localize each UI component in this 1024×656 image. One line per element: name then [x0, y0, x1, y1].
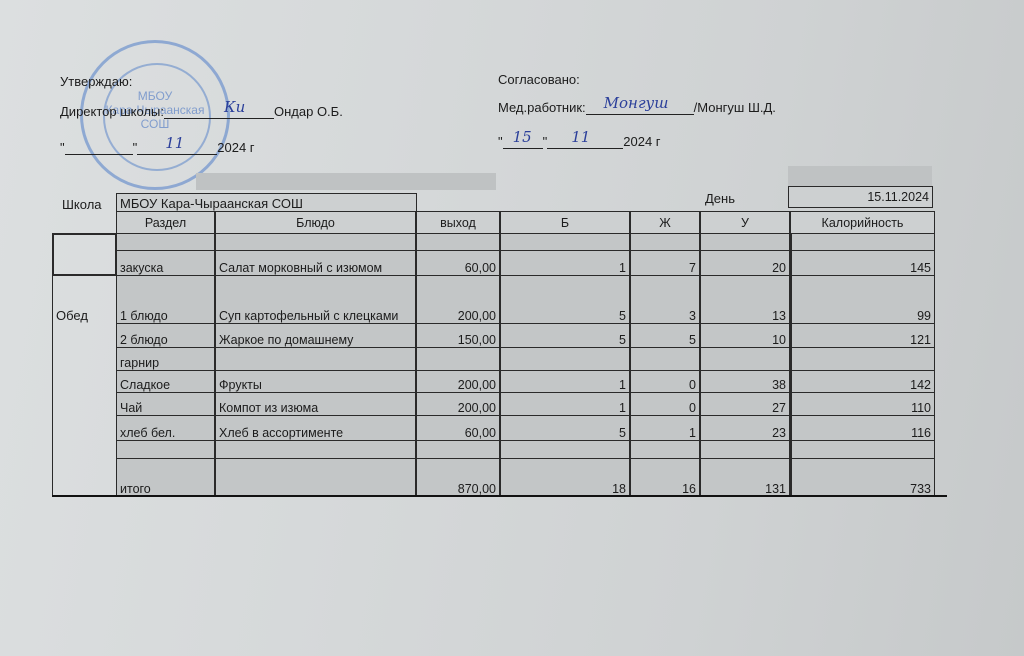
table-cell-b: 1 [500, 392, 630, 416]
table-cell-section: 2 блюдо [116, 323, 215, 348]
table-cell-zh: 16 [630, 458, 700, 497]
month-field: 11 [137, 142, 217, 155]
table-cell-section [116, 440, 215, 459]
stamp-line-1: МБОУ [83, 89, 227, 103]
table-cell-zh: 7 [630, 250, 700, 276]
table-cell-kcal [790, 440, 935, 459]
table-cell-b [500, 440, 630, 459]
col-b: Б [500, 211, 630, 234]
table-cell-zh [630, 347, 700, 371]
day-value: 15.11.2024 [788, 186, 933, 208]
year-value: 2024 г [217, 140, 254, 155]
table-cell-dish [215, 347, 416, 371]
table-cell-output: 200,00 [416, 275, 500, 324]
year-value: 2024 г [623, 134, 660, 149]
table-cell-zh [630, 233, 700, 251]
medic-signature-line: Монгуш [586, 102, 694, 115]
school-label: Школа [62, 197, 102, 212]
table-cell-u: 23 [700, 415, 790, 441]
table-cell-output: 60,00 [416, 415, 500, 441]
table-cell-dish: Компот из изюма [215, 392, 416, 416]
medic-line: Мед.работник:Монгуш/Монгуш Ш.Д. [498, 100, 776, 115]
table-cell-output: 150,00 [416, 323, 500, 348]
director-label: Директор школы: [60, 104, 164, 119]
school-value: МБОУ Кара-Чыраанская СОШ [116, 193, 417, 213]
day-value: 15 [513, 128, 532, 146]
agreed-title: Согласовано: [498, 72, 580, 87]
meal-empty-cell [52, 233, 117, 276]
col-zh: Ж [630, 211, 700, 234]
table-cell-dish: Жаркое по домашнему [215, 323, 416, 348]
meal-label: Обед [52, 275, 117, 497]
table-cell-b [500, 347, 630, 371]
print-band [788, 166, 932, 186]
col-section: Раздел [116, 211, 215, 234]
table-cell-output [416, 233, 500, 251]
table-cell-kcal [790, 233, 935, 251]
table-cell-kcal [790, 347, 935, 371]
table-cell-b: 5 [500, 275, 630, 324]
table-cell-output: 870,00 [416, 458, 500, 497]
medic-signature: Монгуш [604, 94, 669, 112]
table-cell-zh: 1 [630, 415, 700, 441]
day-field [65, 142, 133, 155]
table-cell-section: итого [116, 458, 215, 497]
table-cell-u: 20 [700, 250, 790, 276]
table-cell-zh: 5 [630, 323, 700, 348]
table-cell-output: 200,00 [416, 392, 500, 416]
table-cell-kcal: 121 [790, 323, 935, 348]
day-label: День [705, 191, 735, 206]
month-value: 11 [571, 128, 590, 146]
table-cell-u [700, 347, 790, 371]
table-cell-u: 38 [700, 370, 790, 393]
table-cell-output [416, 440, 500, 459]
table-cell-u: 10 [700, 323, 790, 348]
table-cell-b: 5 [500, 415, 630, 441]
month-value: 11 [165, 134, 184, 152]
director-signature: Ки [224, 98, 245, 116]
table-cell-u [700, 440, 790, 459]
stamp-line-3: СОШ [83, 117, 227, 131]
table-cell-section: 1 блюдо [116, 275, 215, 324]
col-output: выход [416, 211, 500, 234]
table-cell-section: гарнир [116, 347, 215, 371]
table-cell-kcal: 116 [790, 415, 935, 441]
table-cell-dish [215, 440, 416, 459]
table-cell-u: 13 [700, 275, 790, 324]
medic-name: /Монгуш Ш.Д. [694, 100, 776, 115]
table-cell-kcal: 142 [790, 370, 935, 393]
table-cell-kcal: 110 [790, 392, 935, 416]
col-kcal: Калорийность [790, 211, 935, 234]
table-cell-kcal: 99 [790, 275, 935, 324]
day-field: 15 [503, 136, 543, 149]
medic-label: Мед.работник: [498, 100, 586, 115]
table-cell-kcal: 145 [790, 250, 935, 276]
director-name: Ондар О.Б. [274, 104, 343, 119]
table-cell-b: 5 [500, 323, 630, 348]
director-line: Директор школы:КиОндар О.Б. [60, 104, 343, 119]
table-cell-dish: Суп картофельный с клецками [215, 275, 416, 324]
table-cell-zh: 0 [630, 370, 700, 393]
director-date: ""112024 г [60, 140, 255, 155]
table-cell-dish: Хлеб в ассортименте [215, 415, 416, 441]
table-cell-section: Сладкое [116, 370, 215, 393]
month-field: 11 [547, 136, 623, 149]
table-bottom-border [52, 495, 947, 497]
table-cell-dish [215, 233, 416, 251]
director-signature-line: Ки [164, 106, 274, 119]
table-cell-output [416, 347, 500, 371]
table-cell-u: 131 [700, 458, 790, 497]
table-cell-u: 27 [700, 392, 790, 416]
table-cell-dish: Фрукты [215, 370, 416, 393]
table-cell-u [700, 233, 790, 251]
table-cell-zh [630, 440, 700, 459]
table-cell-section: Чай [116, 392, 215, 416]
col-dish: Блюдо [215, 211, 416, 234]
table-cell-output: 200,00 [416, 370, 500, 393]
table-cell-section [116, 233, 215, 251]
table-cell-section: закуска [116, 250, 215, 276]
table-cell-dish [215, 458, 416, 497]
approve-title: Утверждаю: [60, 74, 132, 89]
medic-date: "15"112024 г [498, 134, 661, 149]
col-u: У [700, 211, 790, 234]
table-cell-section: хлеб бел. [116, 415, 215, 441]
table-cell-b: 1 [500, 250, 630, 276]
table-cell-dish: Салат морковный с изюмом [215, 250, 416, 276]
table-cell-b: 18 [500, 458, 630, 497]
table-cell-b [500, 233, 630, 251]
table-cell-b: 1 [500, 370, 630, 393]
table-cell-kcal: 733 [790, 458, 935, 497]
table-cell-output: 60,00 [416, 250, 500, 276]
table-cell-zh: 0 [630, 392, 700, 416]
print-band [196, 173, 496, 190]
table-cell-zh: 3 [630, 275, 700, 324]
